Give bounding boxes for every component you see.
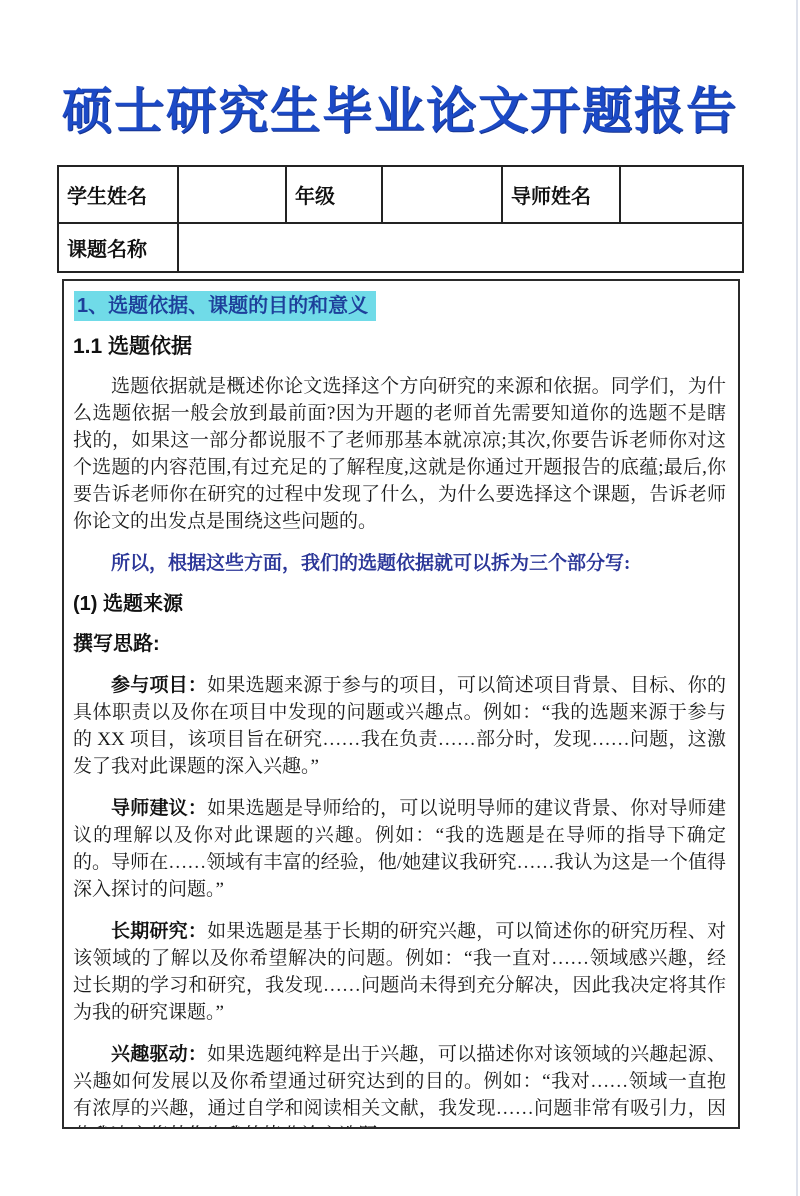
scan-edge-shadow (796, 0, 798, 1196)
item-lead: 长期研究： (111, 921, 207, 942)
point-heading: (1) 选题来源 (73, 591, 726, 617)
intro-paragraph: 选题依据就是概述你论文选择这个方向研究的来源和依据。同学们，为什么选题依据一般会… (73, 373, 726, 535)
content-section: 1、选题依据、课题的目的和意义 1.1 选题依据 选题依据就是概述你论文选择这个… (62, 279, 740, 1129)
item-paragraph-interest: 兴趣驱动：如果选题纯粹是出于兴趣，可以描述你对该领域的兴趣起源、兴趣如何发展以及… (73, 1041, 726, 1129)
emphasis-line: 所以，根据这些方面，我们的选题依据就可以拆为三个部分写: (73, 550, 726, 577)
writing-ideas-heading: 撰写思路: (73, 631, 726, 657)
item-lead: 导师建议： (111, 798, 207, 819)
topic-name-label: 课题名称 (58, 223, 178, 272)
advisor-name-value-cell[interactable] (620, 166, 743, 223)
grade-label: 年级 (286, 166, 382, 223)
topic-name-value-cell[interactable] (178, 223, 743, 272)
section-heading-highlighted: 1、选题依据、课题的目的和意义 (74, 291, 376, 321)
item-lead: 兴趣驱动： (111, 1044, 207, 1065)
info-table: 学生姓名 年级 导师姓名 课题名称 (57, 165, 744, 273)
item-paragraph-advisor: 导师建议：如果选题是导师给的，可以说明导师的建议背景、你对导师建议的理解以及你对… (73, 795, 726, 903)
item-paragraph-longterm: 长期研究：如果选题是基于长期的研究兴趣，可以简述你的研究历程、对该领域的了解以及… (73, 918, 726, 1026)
item-lead: 参与项目： (111, 675, 207, 696)
item-paragraph-project: 参与项目：如果选题来源于参与的项目，可以简述项目背景、目标、你的具体职责以及你在… (73, 672, 726, 780)
info-table-row-1: 学生姓名 年级 导师姓名 (58, 166, 743, 223)
student-name-label: 学生姓名 (58, 166, 178, 223)
subsection-heading: 1.1 选题依据 (73, 334, 726, 360)
info-table-row-2: 课题名称 (58, 223, 743, 272)
advisor-name-label: 导师姓名 (502, 166, 620, 223)
page-title: 硕士研究生毕业论文开题报告 (0, 84, 800, 139)
student-name-value-cell[interactable] (178, 166, 286, 223)
grade-value-cell[interactable] (382, 166, 502, 223)
